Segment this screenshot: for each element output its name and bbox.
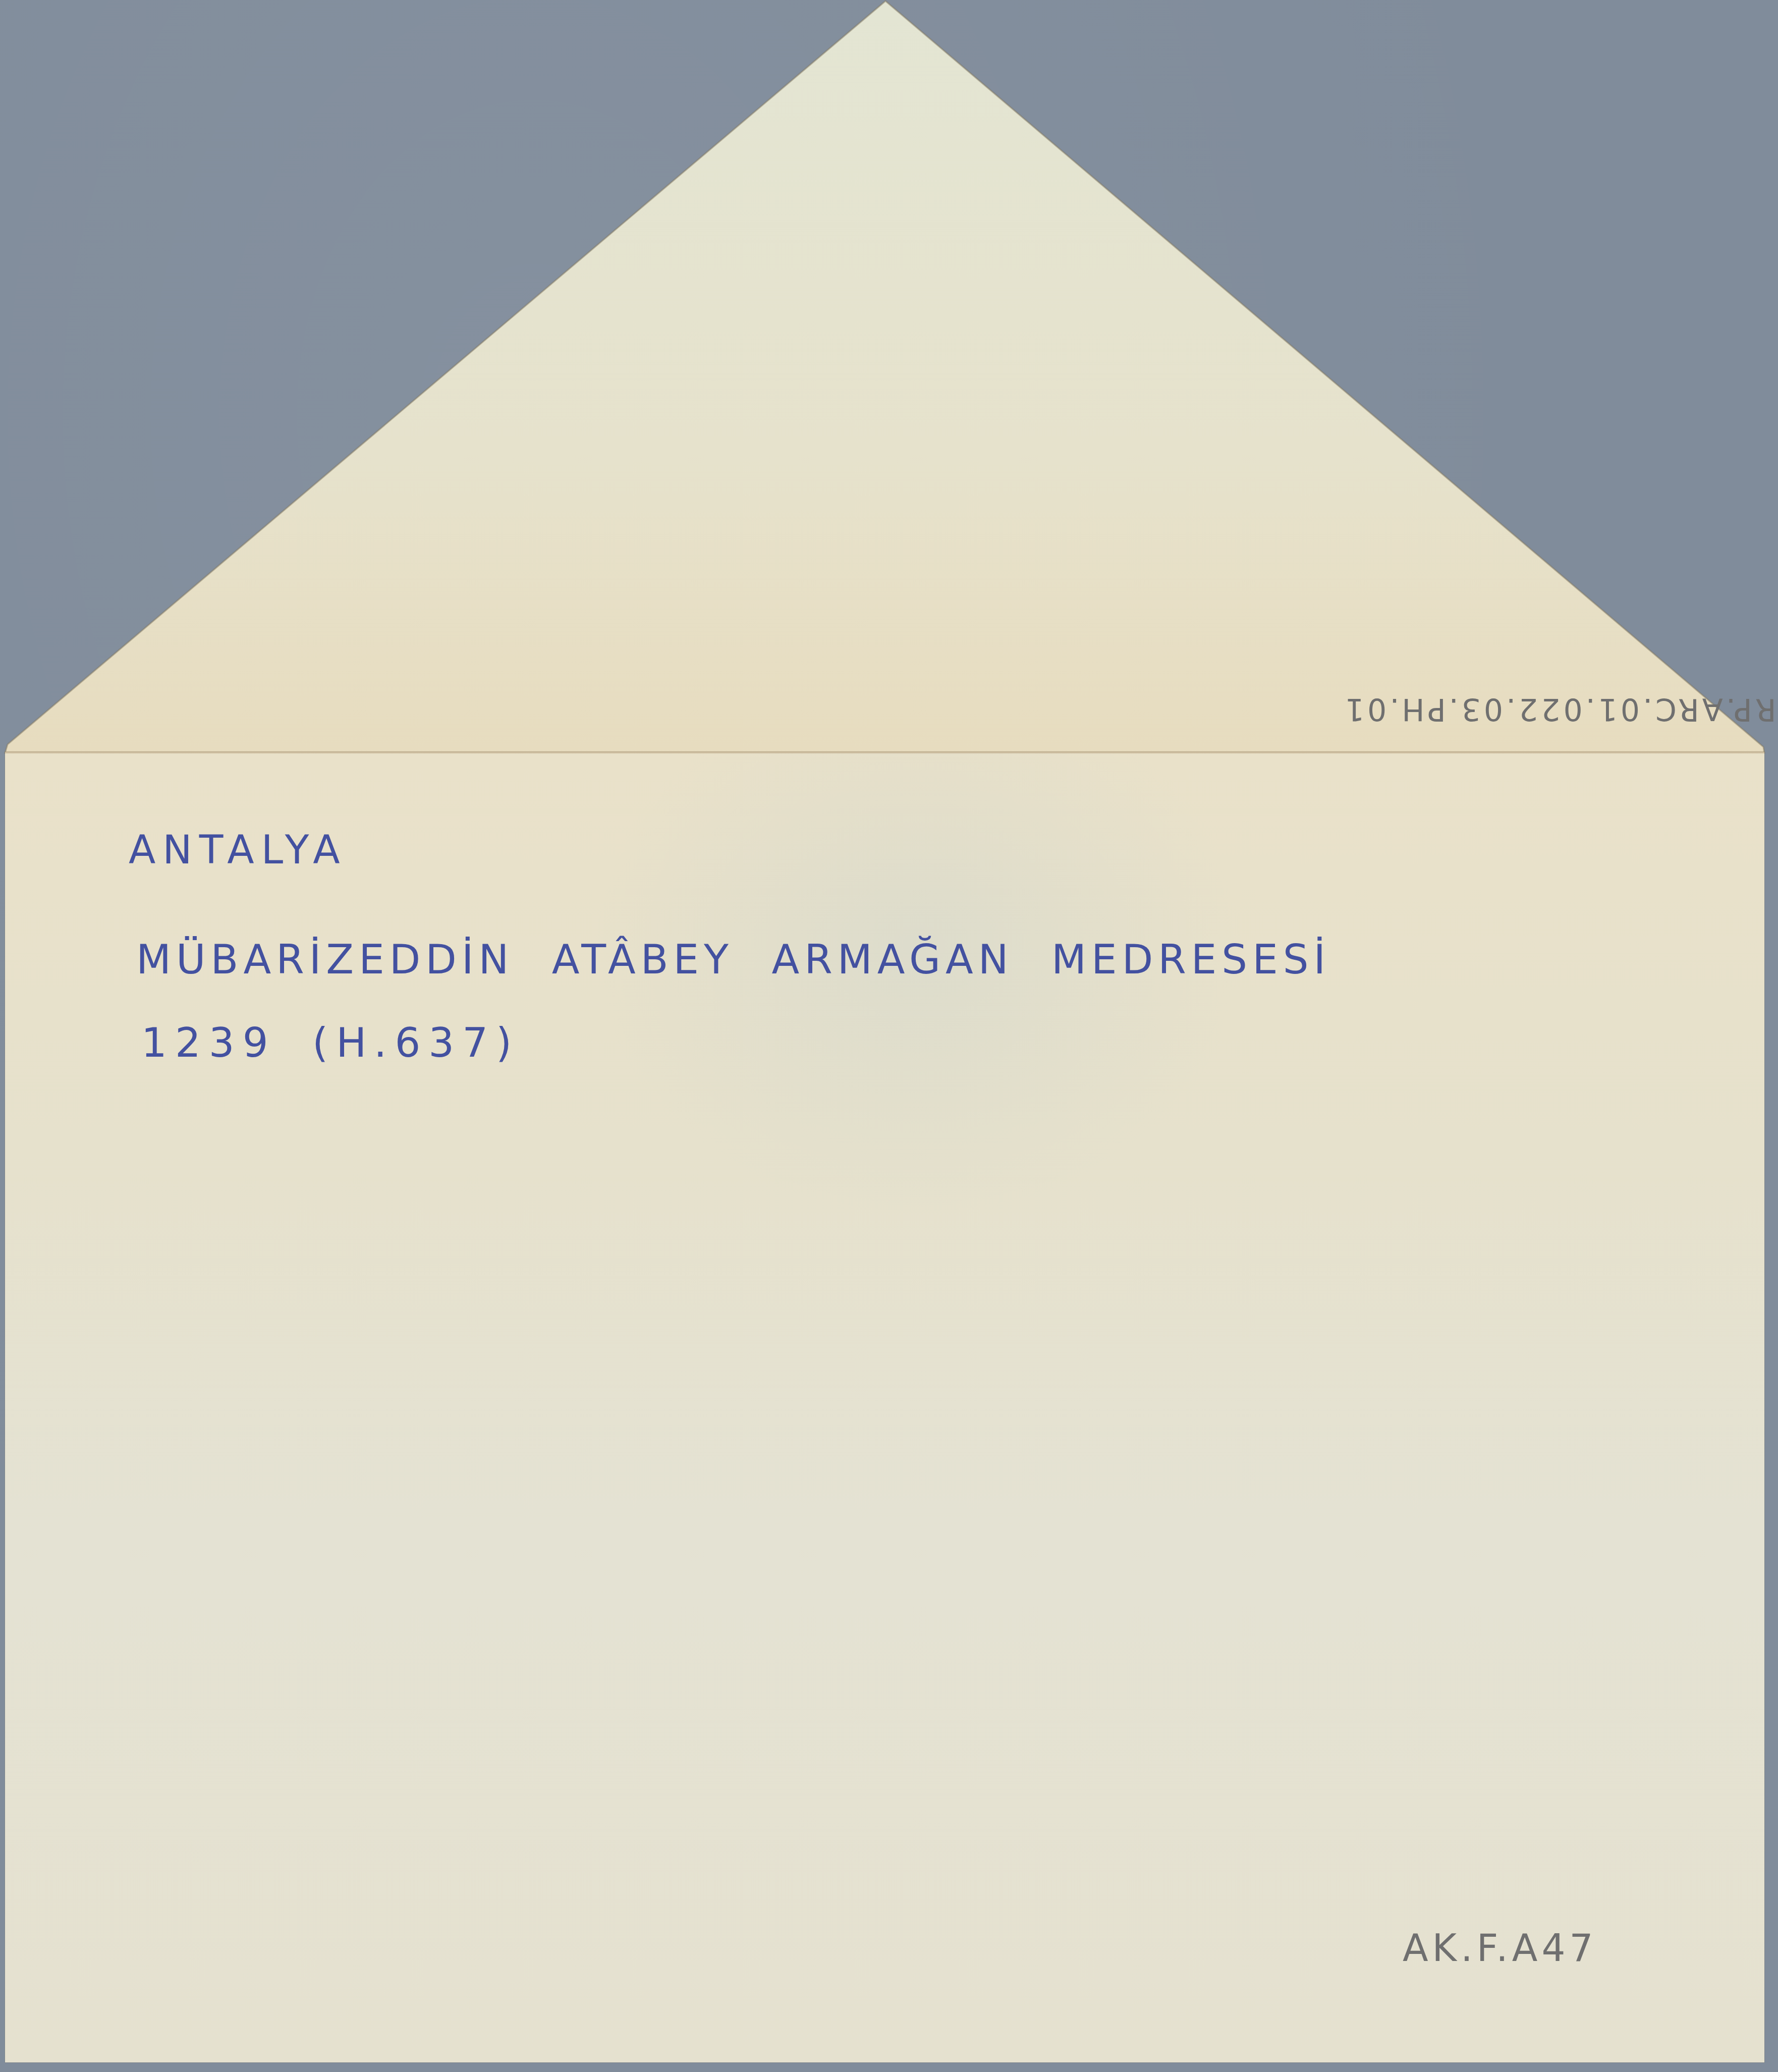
catalog-reference-label: AK.F.A47 xyxy=(1403,1927,1597,1970)
date-label: 1239 (H.637) xyxy=(141,1019,520,1066)
envelope-flap xyxy=(0,0,1778,757)
building-name-label: MÜBARİZEDDİN ATÂBEY ARMAĞAN MEDRESESİ xyxy=(136,936,1330,983)
archive-id-label: KRP.ARC.01.022.03.PH.01 xyxy=(1342,691,1778,727)
city-label: ANTALYA xyxy=(129,828,347,873)
fold-line xyxy=(5,751,1764,754)
